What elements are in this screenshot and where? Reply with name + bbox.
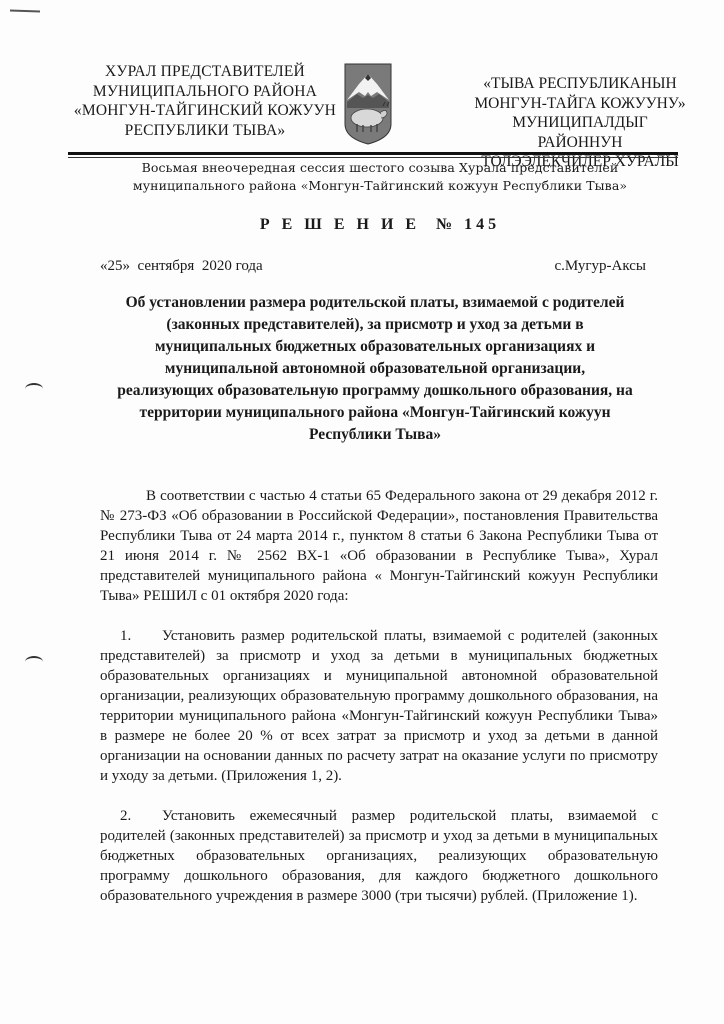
- item-text: Установить размер родительской платы, вз…: [100, 628, 658, 784]
- scan-artifact-mark: [10, 9, 40, 12]
- header-left-line: РЕСПУБЛИКИ ТЫВА»: [60, 121, 350, 141]
- item-number: 2.: [120, 806, 162, 826]
- session-info: Восьмая внеочередная сессия шестого созы…: [100, 159, 660, 195]
- decision-subject: Об установлении размера родительской пла…: [92, 292, 658, 446]
- subject-line: территории муниципального района «Монгун…: [92, 402, 658, 424]
- subject-line: Республики Тыва»: [92, 424, 658, 446]
- session-line: муниципального района «Монгун-Тайгинский…: [100, 177, 660, 195]
- item-text: Установить ежемесячный размер родительск…: [100, 808, 658, 904]
- header-right-line: МУНИЦИПАЛДЫГ РАЙОННУН: [470, 113, 690, 152]
- subject-line: реализующих образовательную программу до…: [92, 380, 658, 402]
- subject-line: муниципальной автономной образовательной…: [92, 358, 658, 380]
- header-left-russian: ХУРАЛ ПРЕДСТАВИТЕЛЕЙ МУНИЦИПАЛЬНОГО РАЙО…: [60, 62, 350, 140]
- header-left-line: ХУРАЛ ПРЕДСТАВИТЕЛЕЙ: [60, 62, 350, 82]
- session-line: Восьмая внеочередная сессия шестого созы…: [100, 159, 660, 177]
- subject-line: Об установлении размера родительской пла…: [92, 292, 658, 314]
- punch-hole-mark: [25, 383, 43, 395]
- decision-date: «25» сентября 2020 года: [100, 258, 263, 275]
- item-number: 1.: [120, 626, 162, 646]
- decision-place: с.Мугур-Аксы: [554, 258, 646, 275]
- coat-of-arms-icon: [343, 62, 393, 146]
- header-divider-thin: [68, 157, 678, 158]
- header-right-line: «ТЫВА РЕСПУБЛИКАНЫН: [470, 74, 690, 94]
- decision-item-1: 1.Установить размер родительской платы, …: [100, 626, 658, 786]
- decision-title: Р Е Ш Е Н И Е № 145: [100, 216, 660, 234]
- document-header: ХУРАЛ ПРЕДСТАВИТЕЛЕЙ МУНИЦИПАЛЬНОГО РАЙО…: [60, 62, 680, 154]
- punch-hole-mark: [25, 656, 43, 668]
- decision-item-2: 2.Установить ежемесячный размер родитель…: [100, 806, 658, 906]
- header-divider-thick: [68, 152, 678, 155]
- preamble-paragraph: В соответствии с частью 4 статьи 65 Феде…: [100, 486, 658, 606]
- subject-line: (законных представителей), за присмотр и…: [92, 314, 658, 336]
- subject-line: муниципальных бюджетных образовательных …: [92, 336, 658, 358]
- header-right-line: МОНГУН-ТАЙГА КОЖУУНУ»: [470, 94, 690, 114]
- header-left-line: «МОНГУН-ТАЙГИНСКИЙ КОЖУУН: [60, 101, 350, 121]
- header-left-line: МУНИЦИПАЛЬНОГО РАЙОНА: [60, 82, 350, 102]
